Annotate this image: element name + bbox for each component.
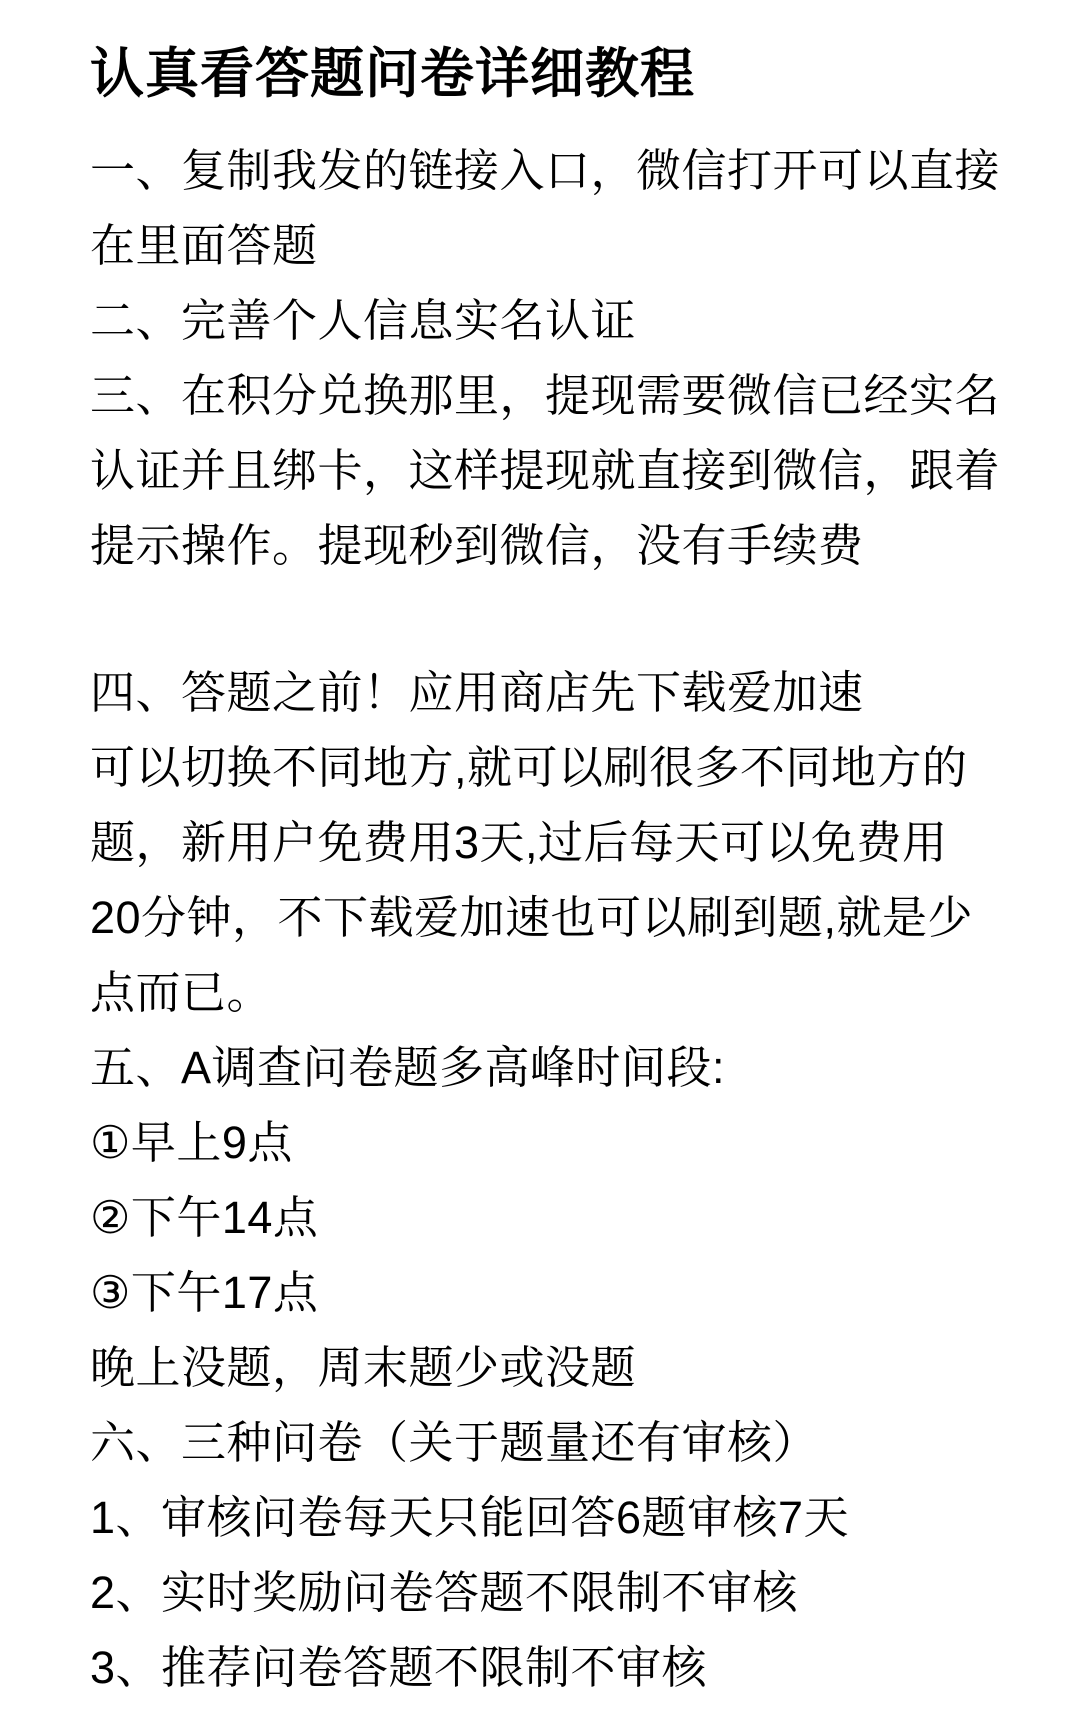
page-title: 认真看答题问卷详细教程 [90,34,1060,114]
text-line: ②下午14点 [90,1180,1060,1255]
text-line: 2、实时奖励问卷答题不限制不审核 [90,1555,1060,1630]
text-line: 点而已。 [90,955,1060,1030]
text-line: 20分钟，不下载爱加速也可以刷到题,就是少 [90,880,1060,955]
text-line: ①早上9点 [90,1105,1060,1180]
text-line: 在里面答题 [90,208,1060,283]
text-line: 四、答题之前！应用商店先下载爱加速 [90,655,1060,730]
text-line: 晚上没题，周末题少或没题 [90,1330,1060,1405]
blank-line [90,583,1060,655]
tutorial-body: 一、复制我发的链接入口，微信打开可以直接在里面答题二、完善个人信息实名认证三、在… [90,133,1060,1705]
text-line: 1、审核问卷每天只能回答6题审核7天 [90,1480,1060,1555]
text-line: 三、在积分兑换那里，提现需要微信已经实名 [90,358,1060,433]
text-line: 六、三种问卷（关于题量还有审核） [90,1405,1060,1480]
text-line: 可以切换不同地方,就可以刷很多不同地方的 [90,730,1060,805]
text-line: 二、完善个人信息实名认证 [90,283,1060,358]
tutorial-page: 认真看答题问卷详细教程 一、复制我发的链接入口，微信打开可以直接在里面答题二、完… [0,0,1080,1734]
text-line: 提示操作。提现秒到微信，没有手续费 [90,508,1060,583]
text-line: 认证并且绑卡，这样提现就直接到微信，跟着 [90,433,1060,508]
text-line: 五、A调查问卷题多高峰时间段: [90,1030,1060,1105]
text-line: ③下午17点 [90,1255,1060,1330]
text-line: 题，新用户免费用3天,过后每天可以免费用 [90,805,1060,880]
text-line: 3、推荐问卷答题不限制不审核 [90,1630,1060,1705]
text-line: 一、复制我发的链接入口，微信打开可以直接 [90,133,1060,208]
